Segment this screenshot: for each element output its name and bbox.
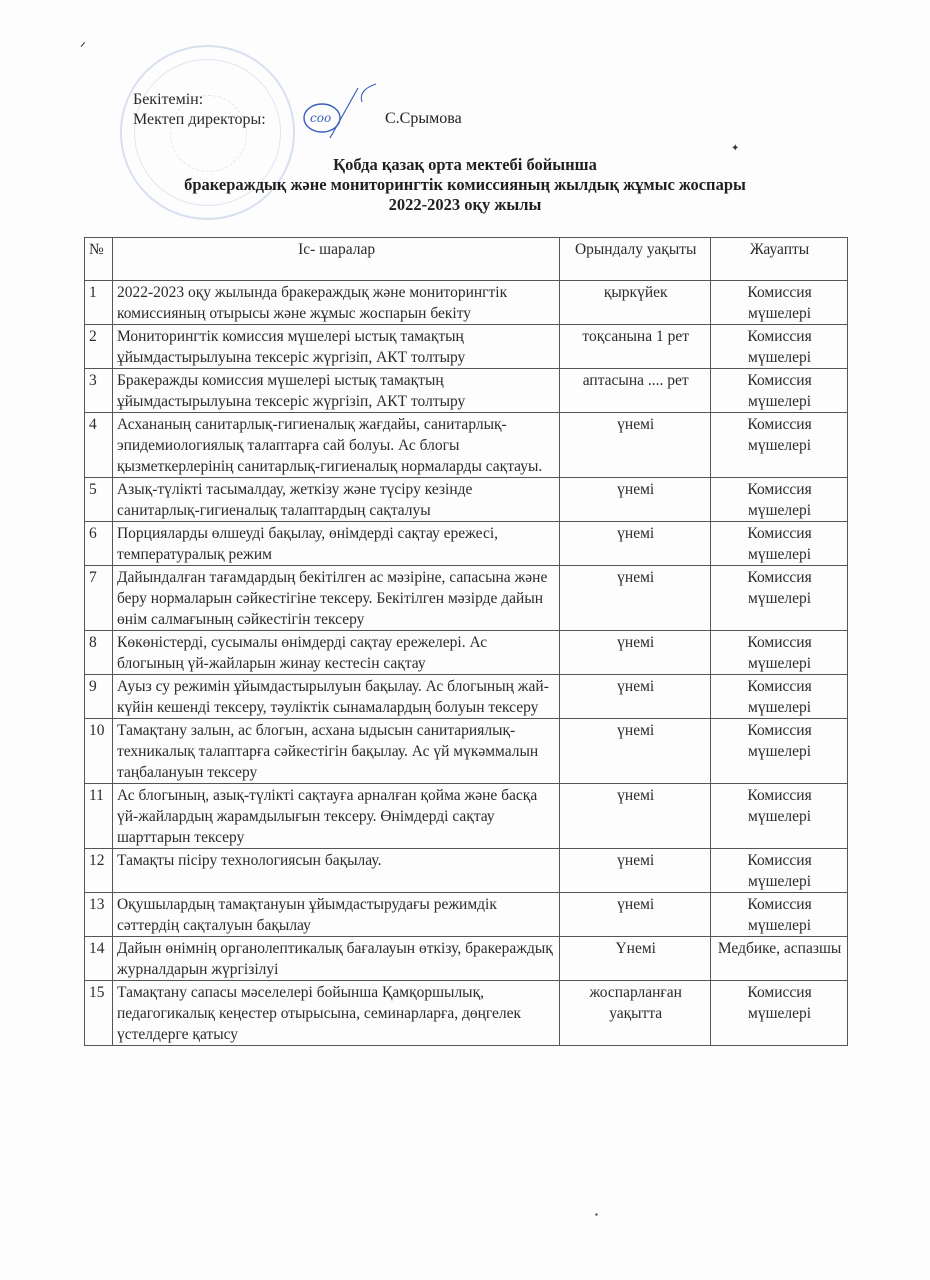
row-time: аптасына .... рет bbox=[560, 369, 711, 413]
row-time: үнемі bbox=[560, 893, 711, 937]
document-title: Қобда қазақ орта мектебі бойынша бракера… bbox=[0, 155, 930, 215]
row-time: үнемі bbox=[560, 566, 711, 631]
header-time: Орындалу уақыты bbox=[560, 238, 711, 281]
row-time: тоқсанына 1 рет bbox=[560, 325, 711, 369]
director-label: Мектеп директоры: bbox=[133, 110, 266, 130]
table-row: 8Көкөністерді, сусымалы өнімдерді сақтау… bbox=[85, 631, 848, 675]
table-row: 6Порцияларды өлшеуді бақылау, өнімдерді … bbox=[85, 522, 848, 566]
table-row: 7Дайындалған тағамдардың бекітілген ас м… bbox=[85, 566, 848, 631]
row-num: 1 bbox=[85, 281, 113, 325]
title-line-1: Қобда қазақ орта мектебі бойынша bbox=[0, 155, 930, 175]
row-responsible: Комиссия мүшелері bbox=[711, 893, 848, 937]
table-body: 12022-2023 оқу жылында бракераждық және … bbox=[85, 281, 848, 1046]
signature-icon: coo bbox=[300, 80, 380, 140]
approval-block: Бекітемін: Мектеп директоры: bbox=[133, 90, 266, 130]
row-activity: Тамақтану залын, ас блогын, асхана ыдысы… bbox=[112, 719, 559, 784]
row-num: 10 bbox=[85, 719, 113, 784]
row-time: үнемі bbox=[560, 849, 711, 893]
row-num: 5 bbox=[85, 478, 113, 522]
table-row: 11Ас блогының, азық-түлікті сақтауға арн… bbox=[85, 784, 848, 849]
row-responsible: Комиссия мүшелері bbox=[711, 784, 848, 849]
table-row: 15Тамақтану сапасы мәселелері бойынша Қа… bbox=[85, 981, 848, 1046]
approved-label: Бекітемін: bbox=[133, 90, 266, 110]
table-row: 4Асхананың санитарлық-гигиеналық жағдайы… bbox=[85, 413, 848, 478]
header-num: № bbox=[85, 238, 113, 281]
title-line-3: 2022-2023 оқу жылы bbox=[0, 195, 930, 215]
table-row: 12022-2023 оқу жылында бракераждық және … bbox=[85, 281, 848, 325]
row-time: қыркүйек bbox=[560, 281, 711, 325]
row-responsible: Комиссия мүшелері bbox=[711, 719, 848, 784]
row-activity: Бракеражды комиссия мүшелері ыстық тамақ… bbox=[112, 369, 559, 413]
table-row: 9Ауыз су режимін ұйымдастырылуын бақылау… bbox=[85, 675, 848, 719]
row-activity: Мониторингтік комиссия мүшелері ыстық та… bbox=[112, 325, 559, 369]
row-time: үнемі bbox=[560, 784, 711, 849]
row-activity: Көкөністерді, сусымалы өнімдерді сақтау … bbox=[112, 631, 559, 675]
row-num: 9 bbox=[85, 675, 113, 719]
row-responsible: Комиссия мүшелері bbox=[711, 413, 848, 478]
row-time: үнемі bbox=[560, 478, 711, 522]
row-num: 2 bbox=[85, 325, 113, 369]
table-row: 10Тамақтану залын, ас блогын, асхана ыды… bbox=[85, 719, 848, 784]
row-num: 12 bbox=[85, 849, 113, 893]
row-responsible: Комиссия мүшелері bbox=[711, 478, 848, 522]
row-activity: Азық-түлікті тасымалдау, жеткізу және тү… bbox=[112, 478, 559, 522]
title-line-2: бракераждық және мониторингтік комиссиян… bbox=[0, 175, 930, 195]
row-num: 8 bbox=[85, 631, 113, 675]
row-num: 7 bbox=[85, 566, 113, 631]
row-num: 11 bbox=[85, 784, 113, 849]
table-row: 5Азық-түлікті тасымалдау, жеткізу және т… bbox=[85, 478, 848, 522]
row-responsible: Комиссия мүшелері bbox=[711, 675, 848, 719]
row-responsible: Медбике, аспазшы bbox=[711, 937, 848, 981]
row-activity: Порцияларды өлшеуді бақылау, өнімдерді с… bbox=[112, 522, 559, 566]
row-time: үнемі bbox=[560, 675, 711, 719]
row-responsible: Комиссия мүшелері bbox=[711, 325, 848, 369]
row-activity: Тамақтану сапасы мәселелері бойынша Қамқ… bbox=[112, 981, 559, 1046]
row-activity: Оқушылардың тамақтануын ұйымдастырудағы … bbox=[112, 893, 559, 937]
scan-dot: ✦ bbox=[731, 143, 739, 154]
row-responsible: Комиссия мүшелері bbox=[711, 849, 848, 893]
header-activity: Іс- шаралар bbox=[112, 238, 559, 281]
table-row: 13Оқушылардың тамақтануын ұйымдастырудағ… bbox=[85, 893, 848, 937]
work-plan-table: № Іс- шаралар Орындалу уақыты Жауапты 12… bbox=[84, 237, 848, 1046]
row-num: 6 bbox=[85, 522, 113, 566]
row-time: үнемі bbox=[560, 719, 711, 784]
row-activity: Асхананың санитарлық-гигиеналық жағдайы,… bbox=[112, 413, 559, 478]
row-responsible: Комиссия мүшелері bbox=[711, 281, 848, 325]
row-num: 14 bbox=[85, 937, 113, 981]
row-num: 13 bbox=[85, 893, 113, 937]
row-activity: 2022-2023 оқу жылында бракераждық және м… bbox=[112, 281, 559, 325]
header-responsible: Жауапты bbox=[711, 238, 848, 281]
row-num: 4 bbox=[85, 413, 113, 478]
row-responsible: Комиссия мүшелері bbox=[711, 566, 848, 631]
table-row: 2Мониторингтік комиссия мүшелері ыстық т… bbox=[85, 325, 848, 369]
row-activity: Тамақты пісіру технологиясын бақылау. bbox=[112, 849, 559, 893]
scan-dot-bottom: ▪ bbox=[595, 1210, 598, 1219]
row-activity: Ауыз су режимін ұйымдастырылуын бақылау.… bbox=[112, 675, 559, 719]
table-row: 12Тамақты пісіру технологиясын бақылау.ү… bbox=[85, 849, 848, 893]
row-responsible: Комиссия мүшелері bbox=[711, 522, 848, 566]
scan-mark: ᐟ bbox=[80, 40, 86, 57]
row-time: үнемі bbox=[560, 413, 711, 478]
row-responsible: Комиссия мүшелері bbox=[711, 631, 848, 675]
row-time: үнемі bbox=[560, 522, 711, 566]
row-time: үнемі bbox=[560, 631, 711, 675]
table-header-row: № Іс- шаралар Орындалу уақыты Жауапты bbox=[85, 238, 848, 281]
row-time: Үнемі bbox=[560, 937, 711, 981]
row-activity: Дайын өнімнің органолептикалық бағалауын… bbox=[112, 937, 559, 981]
row-responsible: Комиссия мүшелері bbox=[711, 981, 848, 1046]
svg-text:coo: coo bbox=[310, 111, 331, 125]
row-activity: Ас блогының, азық-түлікті сақтауға арнал… bbox=[112, 784, 559, 849]
table-row: 3Бракеражды комиссия мүшелері ыстық тама… bbox=[85, 369, 848, 413]
table-row: 14Дайын өнімнің органолептикалық бағалау… bbox=[85, 937, 848, 981]
row-responsible: Комиссия мүшелері bbox=[711, 369, 848, 413]
row-num: 3 bbox=[85, 369, 113, 413]
row-num: 15 bbox=[85, 981, 113, 1046]
row-activity: Дайындалған тағамдардың бекітілген ас мә… bbox=[112, 566, 559, 631]
director-name: С.Срымова bbox=[385, 110, 462, 128]
row-time: жоспарланған уақытта bbox=[560, 981, 711, 1046]
